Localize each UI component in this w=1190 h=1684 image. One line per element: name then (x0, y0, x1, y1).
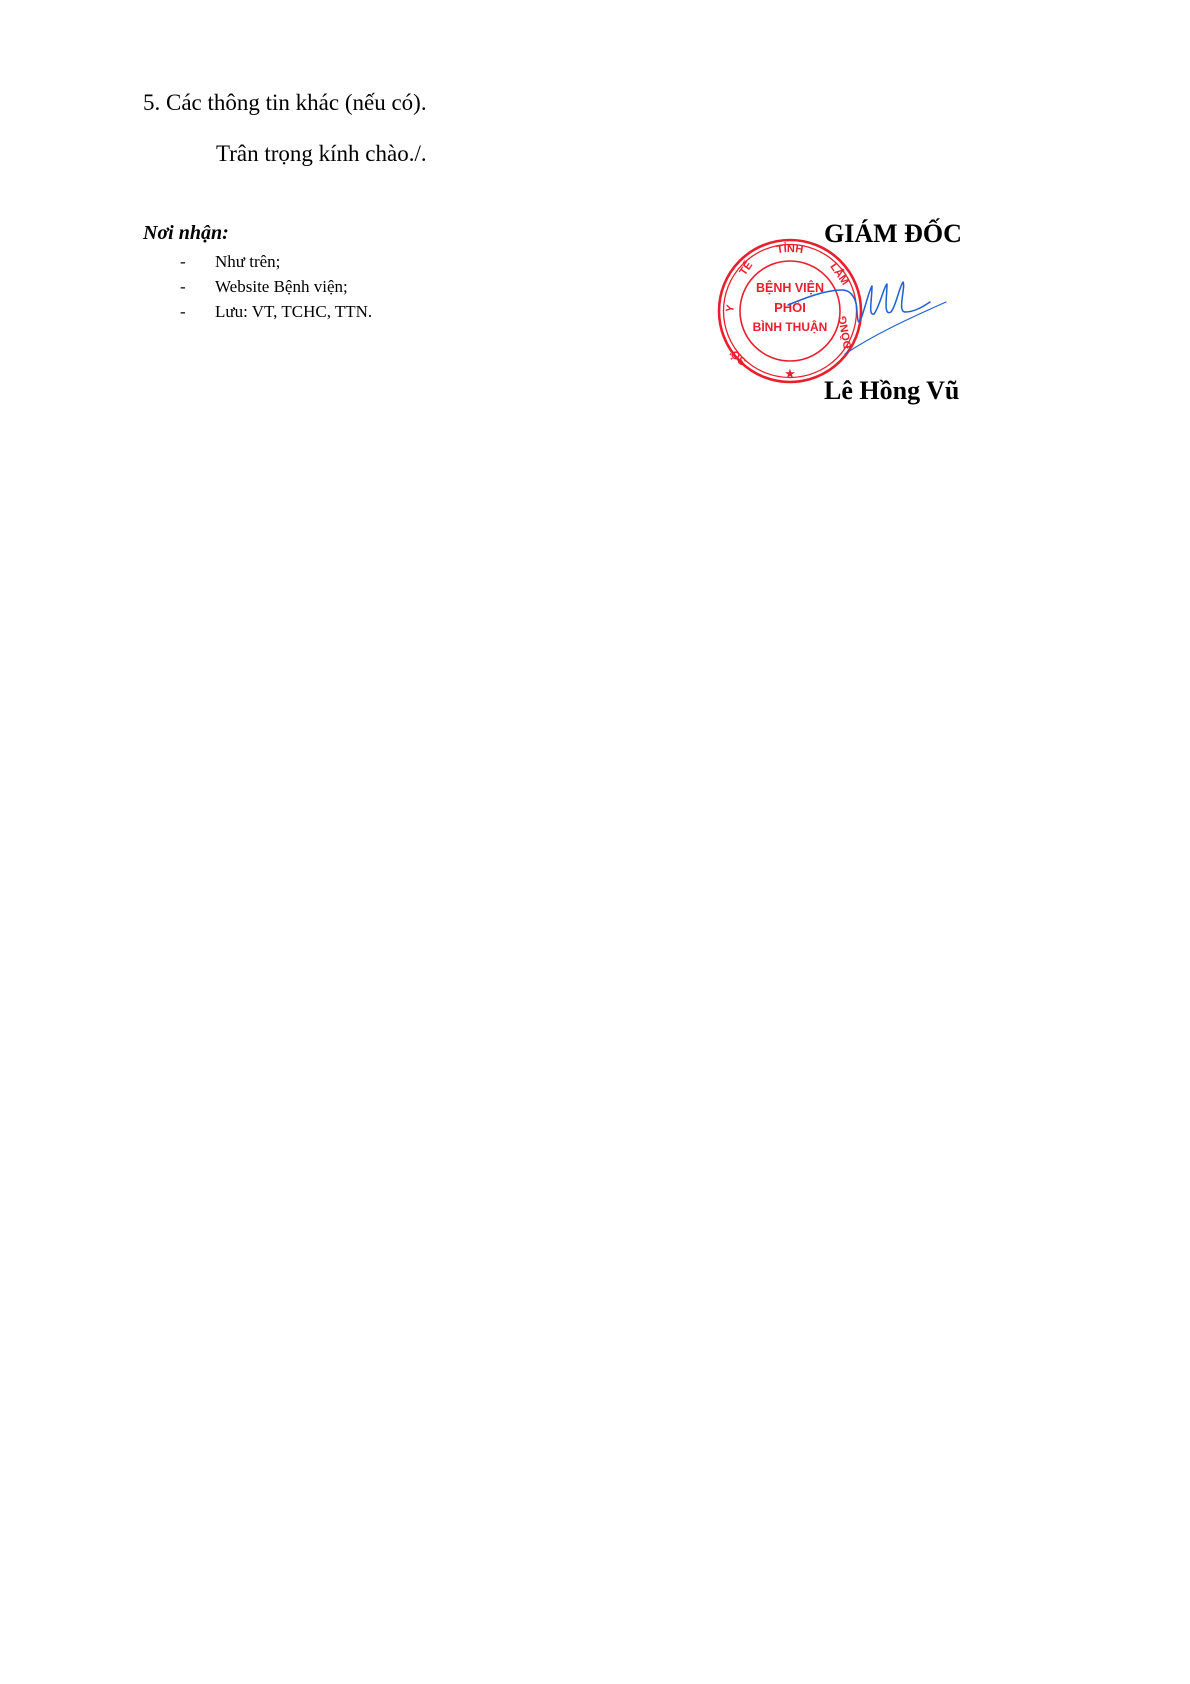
stamp-line-2: PHỔI (774, 300, 806, 315)
stamp-top-text: TỈNH (776, 242, 804, 256)
stamp-right-dong: ĐỒNG (836, 315, 855, 350)
stamp-line-1: BỆNH VIỆN (756, 280, 824, 295)
recipients-title: Nơi nhận: (143, 222, 229, 244)
bullet-dash: - (180, 252, 186, 272)
recipient-text: Như trên; (215, 252, 280, 272)
official-stamp: TỈNH SỞ Y TẾ LÂM ĐỒNG BỆNH VIỆN PHỔI BÌN… (700, 230, 970, 400)
bullet-dash: - (180, 302, 186, 322)
stamp-line-3: BÌNH THUẬN (753, 319, 828, 334)
recipient-text: Website Bệnh viện; (215, 277, 348, 297)
stamp-left-y: Y (724, 303, 737, 313)
item-other-info: 5. Các thông tin khác (nếu có). (143, 90, 427, 116)
closing-greeting: Trân trọng kính chào./. (216, 141, 427, 167)
bullet-dash: - (180, 277, 186, 297)
signer-name: Lê Hồng Vũ (824, 377, 959, 405)
star-icon: ★ (784, 366, 796, 381)
recipient-text: Lưu: VT, TCHC, TTN. (215, 302, 372, 322)
